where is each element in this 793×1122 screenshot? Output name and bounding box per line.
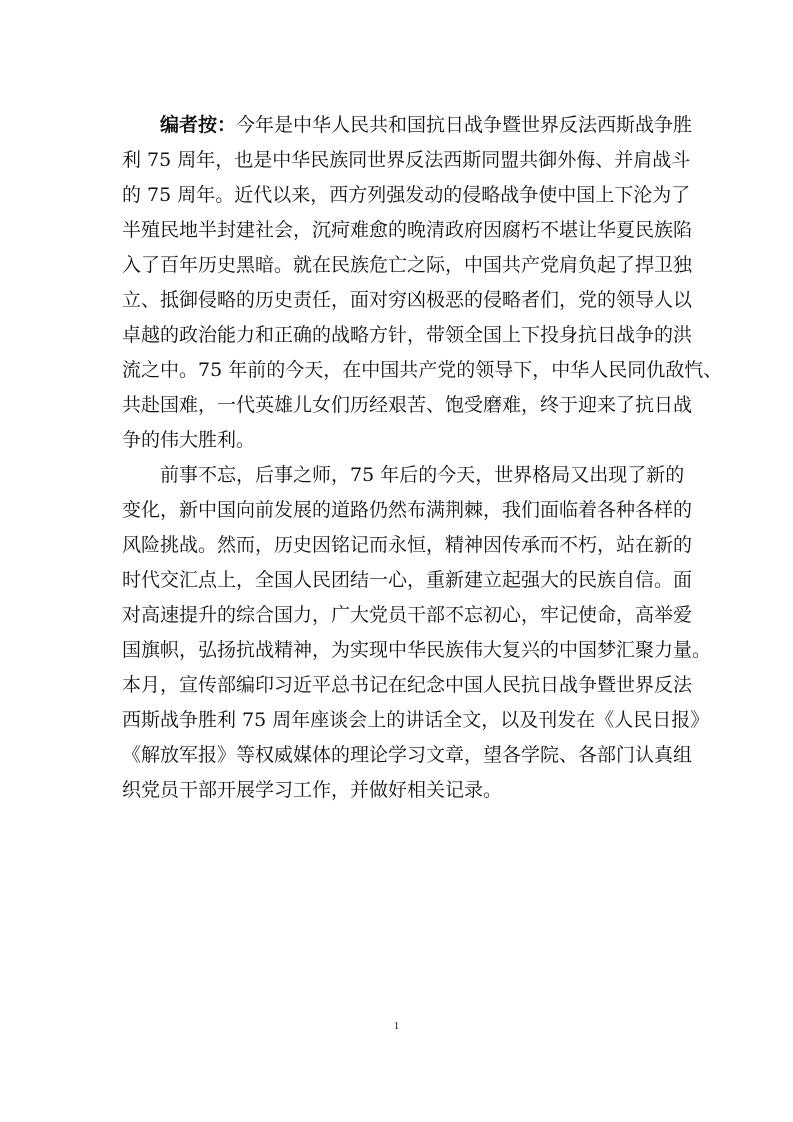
- paragraph-1-line: 立、抵御侵略的历史责任，面对穷凶极恶的侵略者们，党的领导人以: [122, 283, 674, 318]
- document-page: 编者按：今年是中华人民共和国抗日战争暨世界反法西斯战争胜 利 75 周年，也是中…: [0, 0, 793, 1122]
- paragraph-1-line: 入了百年历史黑暗。就在民族危亡之际，中国共产党肩负起了捍卫独: [122, 248, 674, 283]
- paragraph-1-line: 流之中。75 年前的今天，在中国共产党的领导下，中华人民同仇敌忾、: [122, 353, 674, 388]
- paragraph-1-line: 编者按：今年是中华人民共和国抗日战争暨世界反法西斯战争胜: [122, 108, 674, 143]
- paragraph-2-line: 西斯战争胜利 75 周年座谈会上的讲话全文，以及刊发在《人民日报》: [122, 703, 674, 738]
- paragraph-1-line: 卓越的政治能力和正确的战略方针，带领全国上下投身抗日战争的洪: [122, 318, 674, 353]
- paragraph-2-line: 风险挑战。然而，历史因铭记而永恒，精神因传承而不朽，站在新的: [122, 528, 674, 563]
- paragraph-2-line: 时代交汇点上，全国人民团结一心，重新建立起强大的民族自信。面: [122, 563, 674, 598]
- paragraph-2-line: 《解放军报》等权威媒体的理论学习文章，望各学院、各部门认真组: [122, 738, 674, 773]
- paragraph-2-line: 织党员干部开展学习工作，并做好相关记录。: [122, 773, 674, 808]
- paragraph-2-line: 国旗帜，弘扬抗战精神，为实现中华民族伟大复兴的中国梦汇聚力量。: [122, 633, 674, 668]
- page-number: 1: [0, 1020, 793, 1032]
- editor-note-label: 编者按：: [160, 114, 236, 136]
- paragraph-1-line: 半殖民地半封建社会，沉疴难愈的晚清政府因腐朽不堪让华夏民族陷: [122, 213, 674, 248]
- paragraph-1-line: 共赴国难，一代英雄儿女们历经艰苦、饱受磨难，终于迎来了抗日战: [122, 388, 674, 423]
- paragraph-1-line: 利 75 周年，也是中华民族同世界反法西斯同盟共御外侮、并肩战斗: [122, 143, 674, 178]
- paragraph-2-line: 本月，宣传部编印习近平总书记在纪念中国人民抗日战争暨世界反法: [122, 668, 674, 703]
- editor-note-body: 编者按：今年是中华人民共和国抗日战争暨世界反法西斯战争胜 利 75 周年，也是中…: [122, 108, 674, 808]
- paragraph-1-line: 的 75 周年。近代以来，西方列强发动的侵略战争使中国上下沦为了: [122, 178, 674, 213]
- paragraph-2-line: 对高速提升的综合国力，广大党员干部不忘初心，牢记使命，高举爱: [122, 598, 674, 633]
- paragraph-1-line: 争的伟大胜利。: [122, 423, 674, 458]
- paragraph-2-line: 前事不忘，后事之师，75 年后的今天，世界格局又出现了新的: [122, 458, 674, 493]
- paragraph-2-line: 变化，新中国向前发展的道路仍然布满荆棘，我们面临着各种各样的: [122, 493, 674, 528]
